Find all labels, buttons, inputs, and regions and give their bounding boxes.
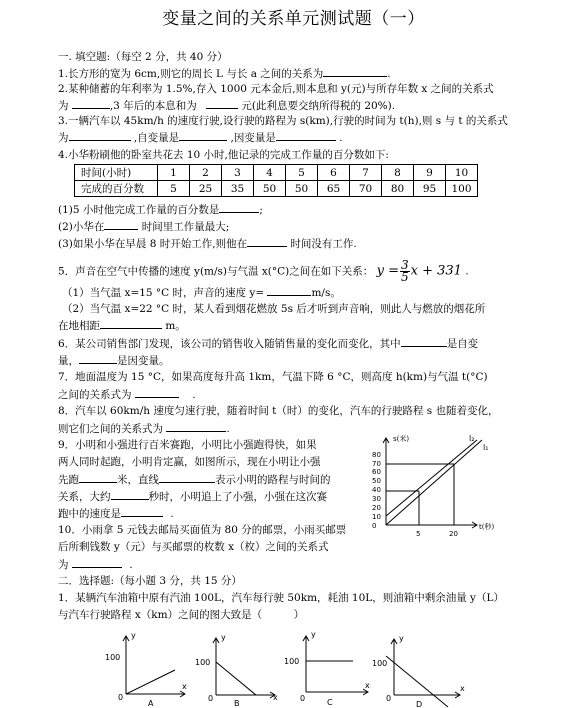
section2-heading: 二．选择题:（每小题 3 分，共 15 分）	[58, 574, 242, 588]
table-cell: 100	[446, 181, 478, 197]
svg-text:70: 70	[372, 460, 381, 468]
q3-blank-2[interactable]	[179, 130, 227, 141]
q5-fraction: 35	[400, 260, 410, 283]
q3-blank-1[interactable]	[69, 130, 131, 141]
q4-table: 时间(小时) 1 2 3 4 5 6 7 8 9 10 完成的百分数 5 25 …	[74, 164, 478, 197]
q6-line2: 量，是因变量。	[58, 353, 170, 368]
svg-text:y: y	[311, 630, 316, 639]
q1-text: 1.长方形的宽为 6cm,则它的周长 L 与长 a 之间的关系为	[58, 68, 323, 80]
q9-text-a: 先跑	[58, 474, 79, 486]
line-l2	[386, 440, 477, 516]
table-cell: 50	[286, 181, 318, 197]
table-row-percents: 完成的百分数 5 25 35 50 50 65 70 80 95 100	[75, 181, 478, 197]
q9-end: .	[170, 508, 173, 520]
q8-blank[interactable]	[166, 421, 226, 432]
table-cell: 50	[254, 181, 286, 197]
svg-text:80: 80	[372, 451, 381, 459]
q3-text-b: ,自变量是	[134, 132, 179, 144]
s2-q1-line2: 与汽车行驶路程 x（km）之间的图大致是（ ）	[58, 608, 304, 622]
q3-line1: 3.一辆汽车以 45km/h 的速度行驶,设行驶的路程为 s(km),行驶的时间…	[58, 114, 508, 128]
q4-sub1: (1)5 小时他完成工作量的百分数是;	[58, 202, 263, 217]
x-axis-label: t(秒)	[479, 522, 494, 531]
option-c-graph[interactable]: y 100 0 x C	[280, 628, 370, 708]
q5-sub2-blank[interactable]	[100, 318, 162, 329]
q9-blank-3[interactable]	[111, 489, 149, 500]
q2-line1: 2.某种储蓄的年利率为 1.5%,存入 1000 元本金后,则本息和 y(元)与…	[58, 82, 494, 96]
q6-text-d: 是因变量。	[117, 355, 170, 367]
q10-line1: 10．小雨拿 5 元钱去邮局买面值为 80 分的邮票，小雨买邮票	[58, 523, 346, 537]
line-l1	[386, 440, 482, 525]
q4-sub2-text-b: 时间里工作量最大;	[142, 221, 230, 233]
table-cell: 5	[158, 181, 190, 197]
q2-text-c: 元(此利息要交纳所得税的 20%).	[241, 100, 395, 112]
q9-blank-2[interactable]	[159, 472, 215, 483]
svg-text:y: y	[131, 631, 136, 640]
table-cell: 7	[350, 165, 382, 181]
q9-line4: 关系，大约秒时，小明追上了小强，小强在这次赛	[58, 489, 327, 504]
q5-sub1: （1）当气温 x=15 °C 时，声音的速度 y= m/s。	[62, 285, 341, 300]
option-b-label: B	[234, 699, 240, 708]
q7-end: .	[192, 389, 195, 401]
q6-line1: 6．某公司销售部门发现，该公司的销售收入随销售量的变化而变化，其中是自变	[58, 336, 478, 351]
q6-text-c: 量，	[58, 355, 79, 367]
q7-text: 之间的关系式为	[58, 389, 132, 401]
q5-eq-rest: x + 331	[411, 264, 462, 279]
q5-eq-y: y =	[377, 264, 399, 279]
q9-line1: 9．小明和小强进行百米赛跑，小明比小强跑得快，如果	[58, 438, 317, 452]
y-axis-label: s(米)	[393, 434, 409, 443]
option-d-graph[interactable]: y 100 0 x D	[370, 628, 470, 708]
table-cell: 95	[414, 181, 446, 197]
table-cell: 4	[254, 165, 286, 181]
svg-text:100: 100	[195, 658, 210, 667]
option-c-label: C	[327, 698, 333, 707]
q9-line5: 跑中的速度是 .	[58, 506, 174, 521]
table-cell: 1	[158, 165, 190, 181]
svg-text:0: 0	[300, 694, 305, 703]
q3-text-d: .	[339, 132, 342, 144]
q4-sub2-blank[interactable]	[104, 219, 138, 230]
section1-heading: 一. 填空题:（每空 2 分，共 40 分）	[58, 50, 228, 64]
q5-sub1-blank[interactable]	[267, 285, 311, 296]
table-cell: 9	[414, 165, 446, 181]
svg-text:30: 30	[372, 495, 381, 503]
q9-line3: 先跑米，直线表示小明的路程与时间的	[58, 472, 331, 487]
q6-text-a: 6．某公司销售部门发现，该公司的销售收入随销售量的变化而变化，其中	[58, 338, 401, 350]
table-cell: 3	[222, 165, 254, 181]
q5-sub2-text: 在地相距	[58, 320, 100, 332]
svg-text:x: x	[273, 693, 278, 702]
q7-line1: 7．地面温度为 15 °C，如果高度每升高 1km，气温下降 6 °C，则高度 …	[58, 370, 488, 384]
q2-blank-2[interactable]	[206, 98, 238, 109]
q4-sub3-blank[interactable]	[247, 236, 287, 247]
q7-blank[interactable]	[135, 387, 179, 398]
q3-blank-3[interactable]	[276, 130, 336, 141]
option-d-label: D	[416, 700, 422, 708]
fraction-denominator: 5	[400, 272, 410, 283]
q9-text-f: 跑中的速度是	[58, 508, 121, 520]
table-cell: 5	[286, 165, 318, 181]
q8-end: .	[226, 423, 229, 435]
q10-text: 为	[58, 559, 69, 571]
q9-blank-4[interactable]	[121, 506, 163, 517]
q8-line2: 则它们之间的关系式为 .	[58, 421, 230, 436]
svg-text:100: 100	[372, 659, 387, 668]
svg-text:40: 40	[372, 486, 381, 494]
svg-text:100: 100	[105, 653, 120, 662]
option-a-graph[interactable]: y 100 0 x A	[100, 628, 190, 708]
q9-blank-1[interactable]	[79, 472, 117, 483]
q5-sub1-text: （1）当气温 x=15 °C 时，声音的速度 y=	[62, 287, 264, 299]
q8-text: 则它们之间的关系式为	[58, 423, 163, 435]
q9-text-c: 表示小明的路程与时间的	[215, 474, 331, 486]
q5-sub2-line1: （2）当气温 x=22 °C 时，某人看到烟花燃放 5s 后才听到声音响，则此人…	[62, 302, 485, 316]
q6-blank-2[interactable]	[79, 353, 117, 364]
q5-sub2-unit: m。	[165, 320, 185, 332]
table-header-hours: 时间(小时)	[75, 165, 158, 181]
q2-text-a: 为	[58, 100, 69, 112]
q4-sub2: (2)小华在 时间里工作量最大;	[58, 219, 229, 234]
table-cell: 65	[318, 181, 350, 197]
q4-sub2-text-a: (2)小华在	[58, 221, 104, 233]
q5-text: 5．声音在空气中传播的速度 y(m/s)与气温 x(°C)之间在如下关系：	[58, 266, 373, 278]
table-row-hours: 时间(小时) 1 2 3 4 5 6 7 8 9 10	[75, 165, 478, 181]
q2-text-b: ,3 年后的本息和为	[110, 100, 197, 112]
q4-sub1-end: ;	[259, 204, 263, 216]
svg-text:x: x	[460, 684, 465, 693]
table-cell: 6	[318, 165, 350, 181]
svg-text:60: 60	[372, 468, 381, 476]
q5-sub2-line2: 在地相距 m。	[58, 318, 186, 333]
q10-line3: 为 .	[58, 557, 133, 572]
svg-text:50: 50	[372, 477, 381, 485]
q1-end: .	[387, 68, 390, 80]
q2-blank-1[interactable]	[72, 98, 110, 109]
line-l1-label: l₁	[483, 443, 488, 452]
q9-text-b: 米，直线	[117, 474, 159, 486]
table-cell: 2	[190, 165, 222, 181]
q1: 1.长方形的宽为 6cm,则它的周长 L 与长 a 之间的关系为.	[58, 66, 391, 81]
svg-text:x: x	[182, 682, 187, 691]
page-title: 变量之间的关系单元测试题（一）	[0, 4, 587, 29]
svg-text:y: y	[399, 634, 404, 643]
q1-blank[interactable]	[323, 66, 387, 77]
q6-blank-1[interactable]	[401, 336, 447, 347]
q5-sub1-unit: m/s。	[311, 287, 340, 299]
svg-text:5: 5	[416, 530, 420, 538]
svg-text:y: y	[221, 633, 226, 642]
q3-line2: 为 ,自变量是 ,因变量是 .	[58, 130, 343, 145]
q10-blank[interactable]	[72, 557, 122, 568]
s2-q1-line1: 1．某辆汽车油箱中原有汽油 100L，汽车每行驶 50km，耗油 10L，则油箱…	[58, 591, 504, 605]
q4-sub3-text-a: (3)如果小华在早晨 8 时开始工作,则他在	[58, 238, 247, 250]
q3-text-c: ,因变量是	[231, 132, 276, 144]
q4-sub3: (3)如果小华在早晨 8 时开始工作,则他在 时间没有工作.	[58, 236, 357, 251]
option-a-label: A	[148, 699, 154, 708]
svg-text:10: 10	[372, 513, 381, 521]
line-l2-label: l₂	[469, 434, 474, 443]
option-b-graph[interactable]: y 100 0 x B	[190, 628, 280, 708]
svg-text:100: 100	[284, 657, 299, 666]
q10-line2: 后所剩钱数 y（元）与买邮票的枚数 x（枚）之间的关系式	[58, 540, 329, 554]
svg-text:20: 20	[372, 504, 381, 512]
table-cell: 70	[350, 181, 382, 197]
table-cell: 35	[222, 181, 254, 197]
q5-eq-end: .	[465, 266, 468, 278]
table-cell: 8	[382, 165, 414, 181]
table-cell: 25	[190, 181, 222, 197]
q4-sub3-text-b: 时间没有工作.	[290, 238, 356, 250]
q4-intro: 4.小华粉刷他的卧室共花去 10 小时,他记录的完成工作量的百分数如下:	[58, 148, 389, 162]
svg-text:0: 0	[372, 522, 376, 530]
q9-line2: 两人同时起跑，小明肯定赢，如图所示，现在小明让小强	[58, 455, 321, 469]
q3-text-a: 为	[58, 132, 69, 144]
svg-text:0: 0	[118, 693, 123, 702]
q9-text-d: 关系，大约	[58, 491, 111, 503]
q2-line2: 为 ,3 年后的本息和为 元(此利息要交纳所得税的 20%).	[58, 98, 395, 113]
table-cell: 10	[446, 165, 478, 181]
q4-sub1-blank[interactable]	[219, 202, 259, 213]
q5-line1: 5．声音在空气中传播的速度 y(m/s)与气温 x(°C)之间在如下关系： y …	[58, 260, 469, 283]
q9-distance-time-graph: s(米) t(秒) 0 10 20 30 40 50 60 70 80 5 20…	[365, 430, 505, 540]
q10-end: .	[129, 559, 132, 571]
q9-text-e: 秒时，小明追上了小强，小强在这次赛	[149, 491, 328, 503]
q8-line1: 8．汽车以 60km/h 速度匀速行驶，随着时间 t（时）的变化，汽车的行驶路程…	[58, 404, 498, 418]
table-cell: 80	[382, 181, 414, 197]
q7-line2: 之间的关系式为 .	[58, 387, 196, 402]
svg-text:20: 20	[449, 530, 458, 538]
q4-sub1-text: (1)5 小时他完成工作量的百分数是	[58, 204, 219, 216]
table-header-percents: 完成的百分数	[75, 181, 158, 197]
svg-text:0: 0	[208, 694, 213, 703]
svg-text:0: 0	[386, 694, 391, 703]
q6-text-b: 是自变	[447, 338, 479, 350]
